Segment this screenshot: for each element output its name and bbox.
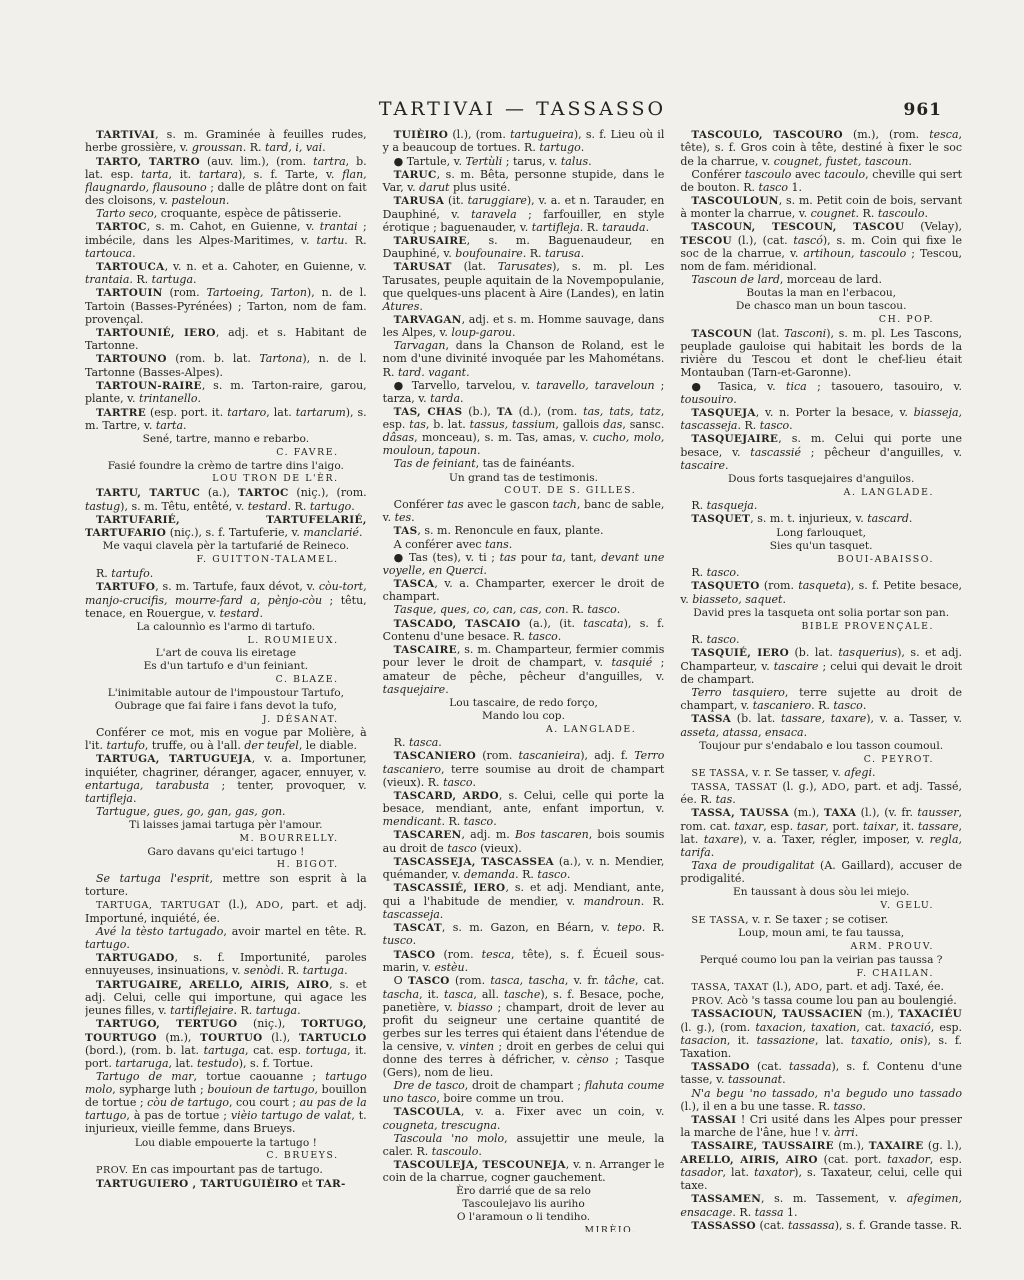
italic-term: Tertùli bbox=[466, 155, 503, 168]
dictionary-entry: TUIÈIRO (l.), (rom. tartugueira), s. f. … bbox=[383, 128, 665, 155]
dictionary-entry: TASSA, TAUSSA (m.), TAXA (l.), (v. fr. t… bbox=[680, 806, 962, 859]
italic-term: tasco bbox=[464, 815, 493, 828]
attribution: C. FAVRE. bbox=[85, 447, 367, 459]
dictionary-entry: TARUSAT (lat. Tarusates), s. m. pl. Les … bbox=[383, 260, 665, 313]
dictionary-entry: TARUSAIRE, s. m. Baguenaudeur, en Dauphi… bbox=[383, 234, 665, 261]
text-columns: TARTIVAI, s. m. Graminée à feuilles rude… bbox=[85, 128, 962, 1232]
dictionary-entry: TASQUET, s. m. t. injurieux, v. tascard. bbox=[680, 512, 962, 525]
verse-line: Lou diable empouerte la tartugo ! bbox=[85, 1137, 367, 1150]
italic-term: tascaniero bbox=[753, 699, 811, 712]
paragraph: R. tartufo. bbox=[85, 567, 367, 580]
headword: TASCAT bbox=[394, 922, 442, 934]
headword: TARTUGUIERO , TARTUGUIÈIRO bbox=[96, 1178, 298, 1190]
attribution: V. GELU. bbox=[680, 900, 962, 912]
headword: TASCAREN bbox=[394, 829, 462, 841]
paragraph: N'a begu 'no tassado, n'a begudo uno tas… bbox=[680, 1087, 962, 1113]
headword: TASQUEJA bbox=[691, 407, 755, 419]
verse-quote: Ti laisses jamai tartuga pèr l'amour. bbox=[85, 819, 367, 832]
dictionary-entry: TASCOUN, TESCOUN, TASCOU (Velay), TESCOU… bbox=[680, 220, 962, 273]
small-caps-term: PROV. bbox=[691, 996, 723, 1007]
verse-line: Ti laisses jamai tartuga pèr l'amour. bbox=[85, 819, 367, 832]
italic-term: tasacion bbox=[680, 1034, 727, 1047]
headword: TASSAIRE, TAUSSAIRE bbox=[691, 1140, 834, 1152]
page-header: TARTIVAI — TASSASSO 961 bbox=[85, 98, 960, 124]
verse-line: Sies qu'un tasquet. bbox=[680, 540, 962, 553]
italic-term: boufounaire bbox=[455, 247, 522, 260]
italic-term: tard. vagant bbox=[398, 366, 466, 379]
italic-term: senòdi bbox=[244, 964, 280, 977]
dictionary-entry: TASCOULOUN, s. m. Petit coin de bois, se… bbox=[680, 194, 962, 221]
italic-term: bouioun de tartugo bbox=[207, 1083, 314, 1096]
dictionary-entry: TARTUGA, TARTUGUEJA, v. a. Importuner, i… bbox=[85, 752, 367, 805]
headword: TARTUGADO bbox=[96, 952, 175, 964]
italic-term: cougneta, trescugna bbox=[383, 1119, 497, 1132]
attribution: C. BRUEYS. bbox=[85, 1150, 367, 1162]
italic-term: taruggiare bbox=[468, 194, 527, 207]
verse-quote: Loup, moun ami, te fau taussa, bbox=[680, 927, 962, 940]
italic-term: Tartugue, gues, go, gan, gas, gon. bbox=[96, 805, 286, 818]
dictionary-entry: TASCOULA, v. a. Fixer avec un coin, v. c… bbox=[383, 1105, 665, 1132]
italic-term: N'a begu 'no tassado, n'a begudo uno tas… bbox=[691, 1087, 962, 1100]
paragraph: Avé la tèsto tartugado, avoir martel en … bbox=[85, 925, 367, 951]
headword: TASSA, TAUSSA bbox=[691, 807, 789, 819]
italic-term: taxador bbox=[887, 1153, 930, 1166]
verse-line: Es d'un tartufo e d'un feiniant. bbox=[85, 660, 367, 673]
italic-term: tasca bbox=[409, 736, 438, 749]
small-caps-term: ADO bbox=[795, 982, 819, 993]
dictionary-entry: TASSAI ! Cri usité dans les Alpes pour p… bbox=[680, 1113, 962, 1140]
small-caps-term: ADO bbox=[256, 900, 280, 911]
italic-term: tasquerius bbox=[838, 646, 897, 659]
headword: TARTUGA, TARTUGUEJA bbox=[96, 753, 252, 765]
italic-term: tasco bbox=[537, 868, 566, 881]
italic-term: tartuga bbox=[152, 273, 193, 286]
page-number: 961 bbox=[904, 100, 943, 120]
italic-term: tasco bbox=[707, 633, 736, 646]
italic-term: tascoulo bbox=[432, 1145, 479, 1158]
headword: TASCOULOUN bbox=[691, 195, 778, 207]
italic-term: das bbox=[603, 418, 622, 431]
verse-line: Èro darrié que de sa relo bbox=[383, 1185, 665, 1198]
paragraph: Tascoun de lard, morceau de lard. bbox=[680, 273, 962, 286]
italic-term: cucho, molo, mouloun, tapoun bbox=[383, 431, 665, 457]
paragraph: R. tasco. bbox=[680, 566, 962, 579]
dictionary-page: TARTIVAI — TASSASSO 961 TARTIVAI, s. m. … bbox=[0, 0, 1024, 1280]
paragraph: ● Tas (tes), v. ti ; tas pour ta, tant, … bbox=[383, 551, 665, 577]
italic-term: dâsas bbox=[383, 431, 414, 444]
dictionary-entry: TASCAIRE, s. m. Champarteur, fermier com… bbox=[383, 643, 665, 696]
attribution: L. ROUMIEUX. bbox=[85, 635, 367, 647]
italic-term: tassare bbox=[918, 820, 959, 833]
small-caps-term: TASSA, TAXAT bbox=[691, 982, 768, 993]
italic-term: tassounat bbox=[728, 1073, 782, 1086]
italic-term: testard bbox=[220, 607, 260, 620]
paragraph: ● Tarvello, tarvelou, v. taravello, tara… bbox=[383, 379, 665, 405]
paragraph: TASSA, TAXAT (l.), ADO, part. et adj. Ta… bbox=[680, 980, 962, 994]
italic-term: tascoulo bbox=[878, 207, 925, 220]
paragraph: Tascoula 'no molo, assujettir une meule,… bbox=[383, 1132, 665, 1158]
verse-line: Boutas la man en l'erbacou, bbox=[680, 287, 962, 300]
italic-term: tartara bbox=[199, 168, 238, 181]
attribution: H. BIGOT. bbox=[85, 859, 367, 871]
paragraph: Terro tasquiero, terre sujette au droit … bbox=[680, 686, 962, 712]
verse-line: Tascoulejavo lis auriho bbox=[383, 1198, 665, 1211]
headword: TARTOUIN bbox=[96, 287, 163, 299]
verse-line: Perqué coumo lou pan la veirian pas taus… bbox=[680, 954, 962, 967]
small-caps-term: SE TASSA bbox=[691, 915, 745, 926]
dictionary-entry: TASQUEJA, v. n. Porter la besace, v. bia… bbox=[680, 406, 962, 433]
italic-term: tartuga bbox=[204, 1044, 245, 1057]
dictionary-entry: TASCO (rom. tesca, tête), s. f. Écueil s… bbox=[383, 948, 665, 975]
headword: TASSA bbox=[691, 713, 731, 725]
italic-term: entartuga, tarabusta bbox=[85, 779, 209, 792]
dictionary-entry: TARUSA (it. taruggiare), v. a. et n. Tar… bbox=[383, 194, 665, 234]
italic-term: tascasseja bbox=[383, 908, 440, 921]
italic-term: tasquejaire bbox=[383, 683, 446, 696]
italic-term: tasco bbox=[833, 699, 862, 712]
dictionary-entry: TASSA (b. lat. tassare, taxare), v. a. T… bbox=[680, 712, 962, 739]
paragraph: TASSA, TASSAT (l. g.), ADO, part. et adj… bbox=[680, 780, 962, 807]
italic-term: taravela bbox=[471, 208, 517, 221]
italic-term: tans bbox=[485, 538, 509, 551]
headword: TASQUIÉ, IERO bbox=[691, 647, 789, 659]
italic-term: tasquié bbox=[611, 656, 652, 669]
small-caps-term: TASSA, TASSAT bbox=[691, 782, 777, 793]
verse-quote: David pres la tasqueta ont solia portar … bbox=[680, 607, 962, 620]
paragraph: SE TASSA, v. r. Se tasser, v. afegi. bbox=[680, 766, 962, 780]
italic-term: loup-garou bbox=[451, 326, 512, 339]
dictionary-entry: TASQUIÉ, IERO (b. lat. tasquerius), s. e… bbox=[680, 646, 962, 686]
italic-term: àrri bbox=[834, 1126, 855, 1139]
dictionary-entry: TASSAIRE, TAUSSAIRE (m.), TAXAIRE (g. l.… bbox=[680, 1139, 962, 1192]
paragraph: Conférer tas avec le gascon tach, banc d… bbox=[383, 498, 665, 524]
italic-term: tartifleja bbox=[85, 792, 133, 805]
dictionary-entry: TARTUGO, TERTUGO (niç.), TORTUGO, TOURTU… bbox=[85, 1017, 367, 1070]
italic-term: Tasconi bbox=[784, 327, 826, 340]
dictionary-entry: TARTUFARIÉ, TARTUFELARIÉ, TARTUFARIO (ni… bbox=[85, 513, 367, 540]
headword: TESCOU bbox=[680, 235, 732, 247]
dictionary-entry: TARTOUNO (rom. b. lat. Tartona), n. de l… bbox=[85, 352, 367, 379]
italic-term: tousouiro bbox=[680, 393, 733, 406]
italic-term: tartaro bbox=[227, 406, 266, 419]
headword: TASCA bbox=[394, 578, 435, 590]
attribution: F. CHAILAN. bbox=[680, 968, 962, 980]
headword: TASCASSEJA, TASCASSEA bbox=[394, 856, 554, 868]
italic-term: vièio tartugo de valat bbox=[231, 1109, 351, 1122]
italic-term: tartu bbox=[317, 234, 345, 247]
headword: TASSAI bbox=[691, 1114, 736, 1126]
italic-term: tascard bbox=[867, 512, 909, 525]
italic-term: taxator bbox=[754, 1166, 794, 1179]
dictionary-entry: TASSAMEN, s. m. Tassement, v. afegimen, … bbox=[680, 1192, 962, 1219]
headword: TASSAMEN bbox=[691, 1193, 761, 1205]
dictionary-entry: TASCOULEJA, TESCOUNEJA, v. n. Arranger l… bbox=[383, 1158, 665, 1185]
italic-term: cougnet, fustet, tascoun bbox=[774, 155, 909, 168]
dictionary-entry: TAS, CHAS (b.), TA (d.), (rom. tas, tats… bbox=[383, 405, 665, 458]
dictionary-entry: TASCANIERO (rom. tascanieira), adj. f. T… bbox=[383, 749, 665, 789]
italic-term: talus bbox=[561, 155, 588, 168]
italic-term: tartra bbox=[313, 155, 345, 168]
italic-term: tasco bbox=[760, 419, 789, 432]
italic-term: tasso bbox=[833, 1100, 862, 1113]
headword: TARTOUNO bbox=[96, 353, 167, 365]
italic-term: tartugo bbox=[85, 938, 126, 951]
paragraph: PROV. Acò 's tassa coume lou pan au boul… bbox=[680, 994, 962, 1008]
headword: TARTUFO bbox=[96, 581, 155, 593]
verse-line: De chasco man un boun tascou. bbox=[680, 300, 962, 313]
italic-term: taxacion, taxation bbox=[755, 1021, 856, 1034]
dictionary-entry: TARTRE (esp. port. it. tartaro, lat. tar… bbox=[85, 406, 367, 433]
italic-term: tartarum bbox=[296, 406, 346, 419]
italic-term: tassazione bbox=[757, 1034, 815, 1047]
headword: TARTOUNIÉ, IERO bbox=[96, 327, 216, 339]
italic-term: tasco bbox=[447, 842, 476, 855]
paragraph: Dre de tasco, droit de champart ; flahut… bbox=[383, 1079, 665, 1105]
headword: TASCADO, TASCAIO bbox=[394, 618, 521, 630]
headword: TARTOUCA bbox=[96, 261, 165, 273]
headword: TARTUCLO bbox=[299, 1032, 367, 1044]
verse-line: L'inimitable autour de l'impoustour Tart… bbox=[85, 687, 367, 700]
headword: TARTIVAI bbox=[96, 129, 155, 141]
italic-term: tasca, tascha bbox=[490, 974, 565, 987]
italic-term: tartuga bbox=[303, 964, 344, 977]
paragraph: Tasque, ques, co, can, cas, con. R. tasc… bbox=[383, 603, 665, 616]
attribution: LOU TRON DE L'ÈR. bbox=[85, 473, 367, 485]
italic-term: taravello, taraveloun bbox=[536, 379, 655, 392]
italic-term: Tascoula 'no molo bbox=[394, 1132, 505, 1145]
dictionary-entry: TASCAT, s. m. Gazon, en Béarn, v. tepo. … bbox=[383, 921, 665, 948]
italic-term: tasqueta bbox=[798, 579, 846, 592]
italic-term: cènso bbox=[577, 1053, 609, 1066]
attribution: BIBLE PROVENÇALE. bbox=[680, 621, 962, 633]
italic-term: devant une voyelle, en Querci bbox=[383, 551, 665, 577]
verse-quote: Long farlouquet,Sies qu'un tasquet. bbox=[680, 527, 962, 553]
italic-term: biasso bbox=[458, 1001, 493, 1014]
headword: TASCO bbox=[394, 949, 436, 961]
paragraph: Tarvagan, dans la Chanson de Roland, est… bbox=[383, 339, 665, 378]
headword: TASCOUN, TESCOUN, TASCOU bbox=[691, 221, 904, 233]
italic-term: Tarvagan bbox=[394, 339, 446, 352]
attribution: J. DÉSANAT. bbox=[85, 714, 367, 726]
italic-term: mandroun bbox=[584, 895, 641, 908]
headword: ARELLO, AIRIS, AIRO bbox=[680, 1154, 817, 1166]
italic-term: tartugo bbox=[539, 141, 580, 154]
headword: TARUC bbox=[394, 169, 437, 181]
italic-term: tascata bbox=[583, 617, 623, 630]
verse-quote: Boutas la man en l'erbacou,De chasco man… bbox=[680, 287, 962, 313]
dictionary-entry: TARTU, TARTUC (a.), TARTOC (niç.), (rom.… bbox=[85, 486, 367, 513]
italic-term: trintanello bbox=[139, 392, 198, 405]
italic-term: tastug bbox=[85, 500, 120, 513]
verse-quote: Fasié foundre la crèmo de tartre dins l'… bbox=[85, 460, 367, 473]
headword: TASCOULEJA, TESCOUNEJA bbox=[394, 1159, 566, 1171]
headword: TAXAIRE bbox=[869, 1140, 924, 1152]
attribution: CH. POP. bbox=[680, 314, 962, 326]
italic-term: Se tartuga l'esprit bbox=[96, 872, 209, 885]
italic-term: testudo bbox=[197, 1057, 239, 1070]
verse-quote: Un grand tas de testimonis. bbox=[383, 472, 665, 485]
headword: TASCASSIÉ, IERO bbox=[394, 882, 506, 894]
dictionary-entry: TARTIVAI, s. m. Graminée à feuilles rude… bbox=[85, 128, 367, 155]
small-caps-term: SE TASSA bbox=[691, 768, 745, 779]
headword: TASCOUN bbox=[691, 328, 752, 340]
verse-line: David pres la tasqueta ont solia portar … bbox=[680, 607, 962, 620]
dictionary-entry: TASCOUN (lat. Tasconi), s. m. pl. Les Ta… bbox=[680, 327, 962, 380]
italic-term: tassa bbox=[755, 1206, 784, 1219]
headword: TASCOULA bbox=[394, 1106, 461, 1118]
italic-term: còu de tartugo bbox=[147, 1096, 229, 1109]
italic-term: tascaire bbox=[774, 660, 819, 673]
italic-term: tas bbox=[500, 551, 517, 564]
headword: TASCANIERO bbox=[394, 750, 476, 762]
headword: TASQUET bbox=[691, 513, 750, 525]
dictionary-entry: TASCADO, TASCAIO (a.), (it. tascata), s.… bbox=[383, 617, 665, 644]
attribution: F. GUITTON-TALAMEL. bbox=[85, 554, 367, 566]
dictionary-entry: TARTUGADO, s. f. Importunité, paroles en… bbox=[85, 951, 367, 978]
verse-line: Toujour pur s'endabalo e lou tasson coum… bbox=[680, 740, 962, 753]
italic-term: tes bbox=[395, 511, 412, 524]
verse-quote: Lou tascaire, de redo forço,Mando lou co… bbox=[383, 697, 665, 723]
italic-term: tascanieira bbox=[518, 749, 580, 762]
headword: TARTOUN-RAIRE bbox=[96, 380, 202, 392]
headword: TARTUGAIRE, ARELLO, AIRIS, AIRO bbox=[96, 979, 329, 991]
italic-term: tasar bbox=[797, 820, 825, 833]
italic-term: tartouca bbox=[85, 247, 132, 260]
attribution: COUT. DE S. GILLES. bbox=[383, 485, 665, 497]
italic-term: cougnet bbox=[811, 207, 856, 220]
dictionary-entry: TARVAGAN, adj. et s. m. Homme sauvage, d… bbox=[383, 313, 665, 340]
paragraph: PROV. En cas impourtant pas de tartugo. bbox=[85, 1163, 367, 1177]
italic-term: tas bbox=[447, 498, 464, 511]
dictionary-entry: TASSASSO (cat. tassassa), s. f. Grande t… bbox=[680, 1219, 962, 1232]
italic-term: tassare, taxare bbox=[781, 712, 866, 725]
italic-term: tarauda bbox=[602, 221, 645, 234]
dictionary-entry: TARTUFO, s. m. Tartufe, faux dévot, v. c… bbox=[85, 580, 367, 620]
italic-term: taxació bbox=[891, 1021, 931, 1034]
italic-term: tica bbox=[786, 380, 807, 393]
italic-term: tasco bbox=[759, 181, 788, 194]
paragraph: ● Tartule, v. Tertùli ; tarus, v. talus. bbox=[383, 155, 665, 168]
headword: TARTOC bbox=[238, 487, 289, 499]
headword: TARTRE bbox=[96, 407, 146, 419]
dictionary-entry: TARTOC, s. m. Cahot, en Guienne, v. tran… bbox=[85, 220, 367, 260]
headword: TASSACIOUN, TAUSSACIEN bbox=[691, 1008, 863, 1020]
italic-term: Bos tascaren bbox=[515, 828, 589, 841]
italic-term: Terro tasquiero bbox=[691, 686, 785, 699]
column-3: TASCOULO, TASCOURO (m.), (rom. tesca, tê… bbox=[680, 128, 962, 1232]
headword: TASCARD, ARDO bbox=[394, 790, 499, 802]
verse-quote: L'inimitable autour de l'impoustour Tart… bbox=[85, 687, 367, 713]
verse-line: Sené, tartre, manno e rebarbo. bbox=[85, 433, 367, 446]
verse-quote: Sené, tartre, manno e rebarbo. bbox=[85, 433, 367, 446]
headword: TASCAIRE bbox=[394, 644, 457, 656]
italic-term: demanda bbox=[464, 868, 515, 881]
paragraph: Conférer ce mot, mis en vogue par Molièr… bbox=[85, 726, 367, 752]
paragraph: Tartugo de mar, tortue caouanne ; tartug… bbox=[85, 1070, 367, 1135]
paragraph: SE TASSA, v. r. Se taxer ; se cotiser. bbox=[680, 913, 962, 927]
verse-line: En taussant à dous sòu lei miejo. bbox=[680, 886, 962, 899]
dictionary-entry: TASCA, v. a. Champarter, exercer le droi… bbox=[383, 577, 665, 604]
italic-term: tusco bbox=[383, 934, 413, 947]
verse-quote: Èro darrié que de sa reloTascoulejavo li… bbox=[383, 1185, 665, 1224]
italic-term: tascha bbox=[383, 988, 419, 1001]
paragraph: Taxa de proudigalitat (A. Gaillard), acc… bbox=[680, 859, 962, 885]
italic-term: tartiflejaire bbox=[170, 1004, 233, 1017]
headword: TARUSA bbox=[394, 195, 445, 207]
small-caps-term: PROV. bbox=[96, 1165, 128, 1176]
verse-line: Dous forts tasquejaires d'anguilos. bbox=[680, 473, 962, 486]
headword: TARUSAT bbox=[394, 261, 452, 273]
italic-term: groussan bbox=[192, 141, 243, 154]
italic-term: darut bbox=[419, 181, 449, 194]
verse-line: L'art de couva lis eiretage bbox=[85, 647, 367, 660]
italic-term: Tasque, ques, co, can, cas, con bbox=[394, 603, 565, 616]
italic-term: pasteloun bbox=[171, 194, 225, 207]
italic-term: Tartona bbox=[259, 352, 302, 365]
headword: TARTUGO, TERTUGO bbox=[96, 1018, 237, 1030]
italic-term: Tascoun de lard bbox=[691, 273, 780, 286]
headword: TOURTUO bbox=[200, 1032, 263, 1044]
verse-quote: Garo davans qu'eici tartugo ! bbox=[85, 846, 367, 859]
italic-term: trantai bbox=[320, 220, 358, 233]
headword: TAS, CHAS bbox=[394, 406, 463, 418]
italic-term: tassus, tassium bbox=[470, 418, 556, 431]
dictionary-entry: TAS, s. m. Renoncule en faux, plante. bbox=[383, 524, 665, 537]
headword: TARVAGAN bbox=[394, 314, 462, 326]
verse-quote: L'art de couva lis eiretageEs d'un tartu… bbox=[85, 647, 367, 673]
attribution: MIRÈIO. bbox=[383, 1225, 665, 1232]
dictionary-entry: TASCOULO, TASCOURO (m.), (rom. tesca, tê… bbox=[680, 128, 962, 168]
paragraph: R. tasqueja. bbox=[680, 499, 962, 512]
italic-term: tascoulo bbox=[745, 168, 792, 181]
italic-term: tasqueja bbox=[707, 499, 754, 512]
verse-line: Oubrage que fai faire i fans devot la tu… bbox=[85, 700, 367, 713]
verse-line: Fasié foundre la crèmo de tartre dins l'… bbox=[85, 460, 367, 473]
verse-line: Loup, moun ami, te fau taussa, bbox=[680, 927, 962, 940]
italic-term: tartufo bbox=[106, 739, 144, 752]
italic-term: tartifleja bbox=[532, 221, 580, 234]
italic-term: tortuga bbox=[306, 1044, 347, 1057]
attribution: ARM. PROUV. bbox=[680, 941, 962, 953]
italic-term: testard bbox=[248, 500, 288, 513]
italic-term: tasca bbox=[444, 988, 473, 1001]
dictionary-entry: TASCARD, ARDO, s. Celui, celle qui porte… bbox=[383, 789, 665, 829]
italic-term: der teufel bbox=[244, 739, 298, 752]
italic-term: tartuga bbox=[256, 1004, 297, 1017]
verse-quote: Toujour pur s'endabalo e lou tasson coum… bbox=[680, 740, 962, 753]
paragraph: Tas de feiniant, tas de fainéants. bbox=[383, 457, 665, 470]
verse-line: Garo davans qu'eici tartugo ! bbox=[85, 846, 367, 859]
dictionary-entry: TARTOUNIÉ, IERO, adj. et s. Habitant de … bbox=[85, 326, 367, 353]
italic-term: artihoun, tascoulo bbox=[803, 247, 906, 260]
italic-term: tas, tats, tatz bbox=[583, 405, 661, 418]
headword: TAR- bbox=[316, 1178, 346, 1190]
dictionary-entry: TARUC, s. m. Bêta, personne stupide, dan… bbox=[383, 168, 665, 195]
headword: TAS bbox=[394, 525, 418, 537]
paragraph: Conférer tascoulo avec tacoulo, cheville… bbox=[680, 168, 962, 194]
verse-line: Me vaqui clavela pèr la tartufarié de Re… bbox=[85, 540, 367, 553]
italic-term: taxar bbox=[734, 820, 763, 833]
italic-term: tasco bbox=[707, 566, 736, 579]
italic-term: mendicant bbox=[383, 815, 442, 828]
paragraph: R. tasca. bbox=[383, 736, 665, 749]
italic-term: tarda bbox=[430, 392, 460, 405]
verse-line: Long farlouquet, bbox=[680, 527, 962, 540]
paragraph: A conférer avec tans. bbox=[383, 538, 665, 551]
italic-term: tach bbox=[553, 498, 577, 511]
dictionary-entry: TASQUETO (rom. tasqueta), s. f. Petite b… bbox=[680, 579, 962, 606]
italic-term: biasseto, saquet bbox=[692, 593, 782, 606]
